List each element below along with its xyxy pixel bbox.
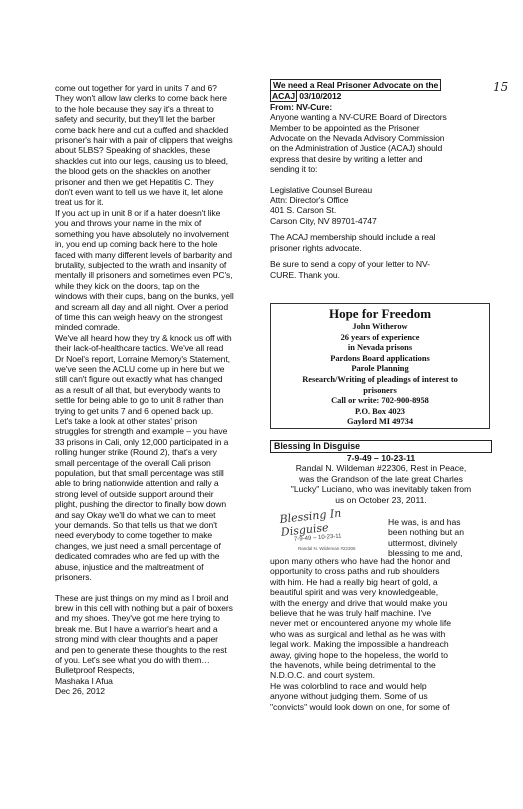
text-line: your demands. So that tells us that we d… <box>55 520 260 530</box>
ad-line: prisoners <box>271 386 489 397</box>
text-line: plight, pushing the director to finally … <box>55 499 260 509</box>
text-line: upon many others who have had the honor … <box>270 556 492 566</box>
text-line: population, but that small percentage wa… <box>55 468 260 478</box>
text-line: while they kick on the doors, tap on the <box>55 281 260 291</box>
ad-line: Parole Planning <box>271 364 489 375</box>
text-line: Let's take a look at other states' priso… <box>55 416 260 426</box>
address-line: Legislative Counsel Bureau <box>270 185 492 195</box>
text-line: break me. But I have a warrior's heart a… <box>55 624 260 634</box>
text-line: away, giving hope to the hopeless, the w… <box>270 650 492 660</box>
text-line: us on October 23, 2011. <box>270 495 492 505</box>
ad-line: 26 years of experience <box>271 333 489 344</box>
text-line: uttermost, divinely <box>388 538 464 548</box>
text-line: don't even want to tell us we have it, l… <box>55 187 260 197</box>
text-line: beautiful spirit and was very knowledgea… <box>270 587 492 597</box>
text-line: 33 prisons in Cali, only 12,000 particip… <box>55 437 260 447</box>
text-line: never met or encountered anyone my whole… <box>270 618 492 628</box>
mailing-address: Legislative Counsel BureauAttn: Director… <box>270 185 492 227</box>
text-line: express that desire by writing a letter … <box>270 154 492 164</box>
blessing-dates: 7-9-49 – 10-23-11 <box>270 453 492 463</box>
text-line: and say Okay we'll do what we can to mee… <box>55 510 260 520</box>
handwritten-page-number: 15 <box>493 80 508 94</box>
acaj-body: Anyone wanting a NV-CURE Board of Direct… <box>270 112 492 174</box>
text-line: Be sure to send a copy of your letter to… <box>270 259 492 269</box>
text-line: about 5LBS? Speaking of shackles, these <box>55 145 260 155</box>
text-line: N.D.O.C. and court system. <box>270 670 492 680</box>
text-line: as a result of all that, but everybody w… <box>55 385 260 395</box>
ad-line: Research/Writing of pleadings of interes… <box>271 375 489 386</box>
text-line: believe that he was truly half machine. … <box>270 608 492 618</box>
text-line: faced with many different levels of barb… <box>55 250 260 260</box>
ad-line: P.O. Box 4023 <box>271 407 489 418</box>
ad-line: John Witherow <box>271 322 489 333</box>
text-line: We've all heard how they try & knock us … <box>55 333 260 343</box>
acaj-from: From: NV-Cure: <box>270 102 492 112</box>
text-line: changes, we just need a small percentage… <box>55 541 260 551</box>
text-line: still can't figure out exactly what has … <box>55 374 260 384</box>
text-line: minded comrade. <box>55 322 260 332</box>
text-line: and pen to generate these thoughts to th… <box>55 645 260 655</box>
text-line: settle for being able to go to unit 8 ra… <box>55 395 260 405</box>
text-line: Advocate on the Nevada Advisory Commissi… <box>270 133 492 143</box>
text-line: with the energy and drive that would mak… <box>270 598 492 608</box>
text-line: Mashaka I Afua <box>55 676 260 686</box>
text-line: Member to be appointed as the Prisoner <box>270 123 492 133</box>
hope-for-freedom-ad: Hope for Freedom John Witherow26 years o… <box>270 303 490 429</box>
ad-line: Gaylord MI 49734 <box>271 417 489 428</box>
text-line: need everybody to come together to make <box>55 530 260 540</box>
text-line: strong mind with clear thoughts and a pa… <box>55 634 260 644</box>
text-line: He was colorblind to race and would help <box>270 681 492 691</box>
text-line: If you act up in unit 8 or if a hater do… <box>55 208 260 218</box>
text-line: He was, is and has <box>388 517 464 527</box>
blessing-header: Blessing In Disguise <box>270 440 492 453</box>
acaj-article-date: 03/10/2012 <box>299 91 341 101</box>
text-line: in, you end up coming back here to the h… <box>55 239 260 249</box>
text-line: "convicts" would look down on one, for s… <box>270 702 492 712</box>
text-line: we've seen the ACLU come up in here but … <box>55 364 260 374</box>
text-line: shackles cut into our legs, causing us t… <box>55 156 260 166</box>
blessing-intro: 7-9-49 – 10-23-11 Randal N. Wildeman #22… <box>270 453 492 505</box>
text-line: and scream all day and all night. Over a… <box>55 302 260 312</box>
text-line: small percentage of the overall Cali pri… <box>55 458 260 468</box>
ad-line: Pardons Board applications <box>271 354 489 365</box>
acaj-membership-note: The ACAJ membership should include a rea… <box>270 232 492 253</box>
text-line: Anyone wanting a NV-CURE Board of Direct… <box>270 112 492 122</box>
acaj-copy-note: Be sure to send a copy of your letter to… <box>270 259 492 280</box>
text-line: been nothing but an <box>388 527 464 537</box>
text-line: come back here and cut a cuffed and shac… <box>55 125 260 135</box>
text-line: The ACAJ membership should include a rea… <box>270 232 492 242</box>
text-line: These are just things on my mind as I br… <box>55 593 260 603</box>
text-line: who was as surgical and lethal as he was… <box>270 629 492 639</box>
text-line: rolling hunger strike (Round 2), that's … <box>55 447 260 457</box>
text-line: Bulletproof Respects, <box>55 665 260 675</box>
acaj-article: We need a Real Prisoner Advocate on the … <box>270 79 492 280</box>
text-line: the blood gets on the shackles on anothe… <box>55 166 260 176</box>
text-line: Dr Noel's report, Lorraine Memory's Stat… <box>55 354 260 364</box>
ad-line: Call or write: 702-900-8958 <box>271 396 489 407</box>
acaj-title-boxed: ACAJ <box>270 90 297 102</box>
text-line: Dec 26, 2012 <box>55 686 260 696</box>
text-line: to the hole because they say it's a thre… <box>55 104 260 114</box>
ad-title: Hope for Freedom <box>271 306 489 322</box>
address-line: Attn: Director's Office <box>270 195 492 205</box>
text-line: struggles for strength and example – you… <box>55 426 260 436</box>
text-line: prisoners. <box>55 572 260 582</box>
address-line: 401 S. Carson St. <box>270 205 492 215</box>
text-line: opportunity to cross paths and rub shoul… <box>270 566 492 576</box>
text-line: safety and security, but they'll let the… <box>55 114 260 124</box>
text-line: sending it to: <box>270 164 492 174</box>
text-line: something you have absolutely no involve… <box>55 229 260 239</box>
text-line: windows with their cups, bang on the bun… <box>55 291 260 301</box>
text-line: of you. Let's see what you do with them… <box>55 655 260 665</box>
text-line: CURE. Thank you. <box>270 270 492 280</box>
text-line: with him. He had a really big heart of g… <box>270 577 492 587</box>
text-line: brutality, subjected to the wrath and in… <box>55 260 260 270</box>
article-body: come out together for yard in units 7 an… <box>55 83 260 583</box>
blessing-wrap-text: He was, is and hasbeen nothing but anutt… <box>388 517 464 559</box>
text-line: trying to get units 7 and 6 opened back … <box>55 406 260 416</box>
text-line: "Lucky" Luciano, who was inevitably take… <box>270 484 492 494</box>
text-line: treat us for it. <box>55 197 260 207</box>
text-line: Randal N. Wildeman #22306, Rest in Peace… <box>270 463 492 473</box>
text-line: prisoner's hair with a pair of clippers … <box>55 135 260 145</box>
text-line: prisoner and then we get Hepatitis C. Th… <box>55 177 260 187</box>
text-line: brew in this cell with nothing but a pai… <box>55 603 260 613</box>
text-line: abuse, injustice and the maltreatment of <box>55 562 260 572</box>
text-line: the havenots, while being detrimental to… <box>270 660 492 670</box>
text-line: on the Administration of Justice (ACAJ) … <box>270 143 492 153</box>
signature-image: Blessing In Disguise 7-9-49 – 10-23-11 <box>280 508 375 538</box>
text-line: They won't allow law clerks to come back… <box>55 93 260 103</box>
text-line: you and throws your name in the mix of <box>55 218 260 228</box>
text-line: and my shoes. They've got me here trying… <box>55 613 260 623</box>
blessing-body: upon many others who have had the honor … <box>270 556 492 712</box>
text-line: mentally ill prisoners and sometimes eve… <box>55 270 260 280</box>
signature-caption: Randal N. Wildeman #22306 <box>298 546 356 551</box>
text-line: prisoner rights advocate. <box>270 243 492 253</box>
ad-line: in Nevada prisons <box>271 343 489 354</box>
text-line: legal work. Making the impossible a hand… <box>270 639 492 649</box>
address-line: Carson City, NV 89701-4747 <box>270 216 492 226</box>
text-line: strong level of outside support around t… <box>55 489 260 499</box>
text-line: come out together for yard in units 7 an… <box>55 83 260 93</box>
text-line: anyone without judging them. Some of us <box>270 691 492 701</box>
left-column-article: come out together for yard in units 7 an… <box>55 83 260 697</box>
text-line: of time this can weigh heavy on the stro… <box>55 312 260 322</box>
text-line: able to bring nationwide attention and r… <box>55 478 260 488</box>
article-closing: These are just things on my mind as I br… <box>55 593 260 697</box>
text-line: was the Grandson of the late great Charl… <box>270 474 492 484</box>
ad-details: John Witherow26 years of experiencein Ne… <box>271 322 489 428</box>
text-line: dedicated comrades who are fed up with t… <box>55 551 260 561</box>
text-line: their lack-of-healthcare tactics. We've … <box>55 343 260 353</box>
